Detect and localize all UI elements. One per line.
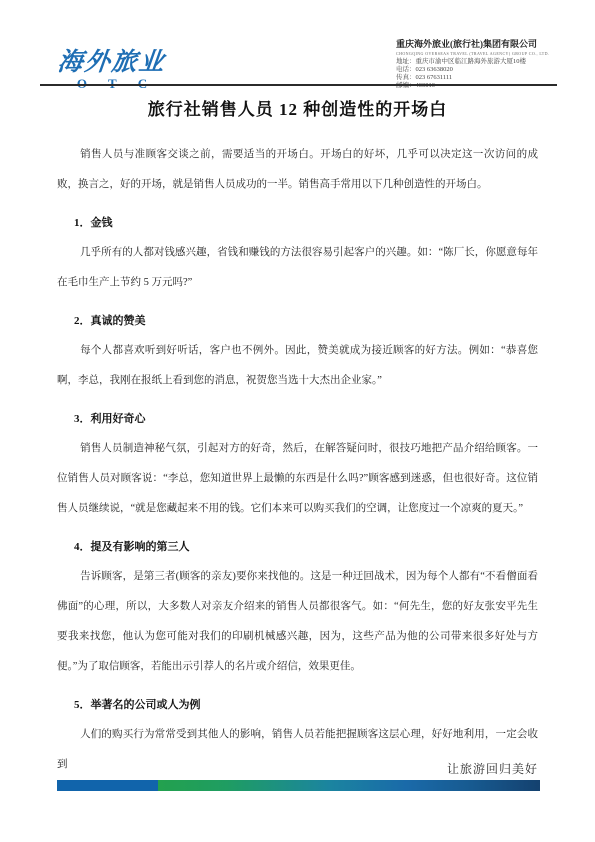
section-paragraph: 每个人都喜欢听到好听话，客户也不例外。因此，赞美就成为接近顾客的好方法。例如：“… bbox=[57, 336, 538, 396]
document-body: 销售人员与准顾客交谈之前，需要适当的开场白。开场白的好坏，几乎可以决定这一次访问… bbox=[57, 140, 538, 780]
section-heading: 1．金钱 bbox=[57, 208, 538, 238]
footer-gradient-bar bbox=[57, 780, 540, 791]
section-paragraph: 几乎所有的人都对钱感兴趣，省钱和赚钱的方法很容易引起客户的兴趣。如：“陈厂长，你… bbox=[57, 238, 538, 298]
sections: 1．金钱 几乎所有的人都对钱感兴趣，省钱和赚钱的方法很容易引起客户的兴趣。如：“… bbox=[57, 208, 538, 780]
company-name-english: CHONGQING OVERSEAS TRAVEL (TRAVEL AGENCY… bbox=[396, 51, 558, 56]
section-heading: 2．真诚的赞美 bbox=[57, 306, 538, 336]
section-paragraph: 销售人员制造神秘气氛，引起对方的好奇，然后，在解答疑问时，很技巧地把产品介绍给顾… bbox=[57, 434, 538, 524]
company-address: 地址：重庆市渝中区临江路海外旅游大厦10楼 bbox=[396, 58, 558, 66]
section-heading: 4．提及有影响的第三人 bbox=[57, 532, 538, 562]
footer-slogan: 让旅游回归美好 bbox=[447, 760, 538, 777]
section-heading: 3．利用好奇心 bbox=[57, 404, 538, 434]
company-phone: 电话：023 63638020 bbox=[396, 66, 558, 74]
header-divider bbox=[40, 84, 557, 86]
company-info-block: 重庆海外旅业(旅行社)集团有限公司 CHONGQING OVERSEAS TRA… bbox=[396, 37, 558, 90]
intro-paragraph: 销售人员与准顾客交谈之前，需要适当的开场白。开场白的好坏，几乎可以决定这一次访问… bbox=[57, 140, 538, 200]
logo-chinese-text: 海外旅业 bbox=[55, 42, 169, 78]
footer-bar-gradient-segment bbox=[158, 780, 540, 791]
section-paragraph: 告诉顾客，是第三者(顾客的亲友)要你来找他的。这是一种迂回战术，因为每个人都有“… bbox=[57, 562, 538, 682]
section-heading: 5．举著名的公司或人为例 bbox=[57, 690, 538, 720]
page-title: 旅行社销售人员 12 种创造性的开场白 bbox=[0, 95, 595, 120]
company-name: 重庆海外旅业(旅行社)集团有限公司 bbox=[396, 37, 558, 50]
footer-bar-blue-segment bbox=[57, 780, 158, 791]
company-fax: 传真：023 67631111 bbox=[396, 74, 558, 82]
document-page: 海外旅业 O T C 重庆海外旅业(旅行社)集团有限公司 CHONGQING O… bbox=[0, 0, 595, 842]
